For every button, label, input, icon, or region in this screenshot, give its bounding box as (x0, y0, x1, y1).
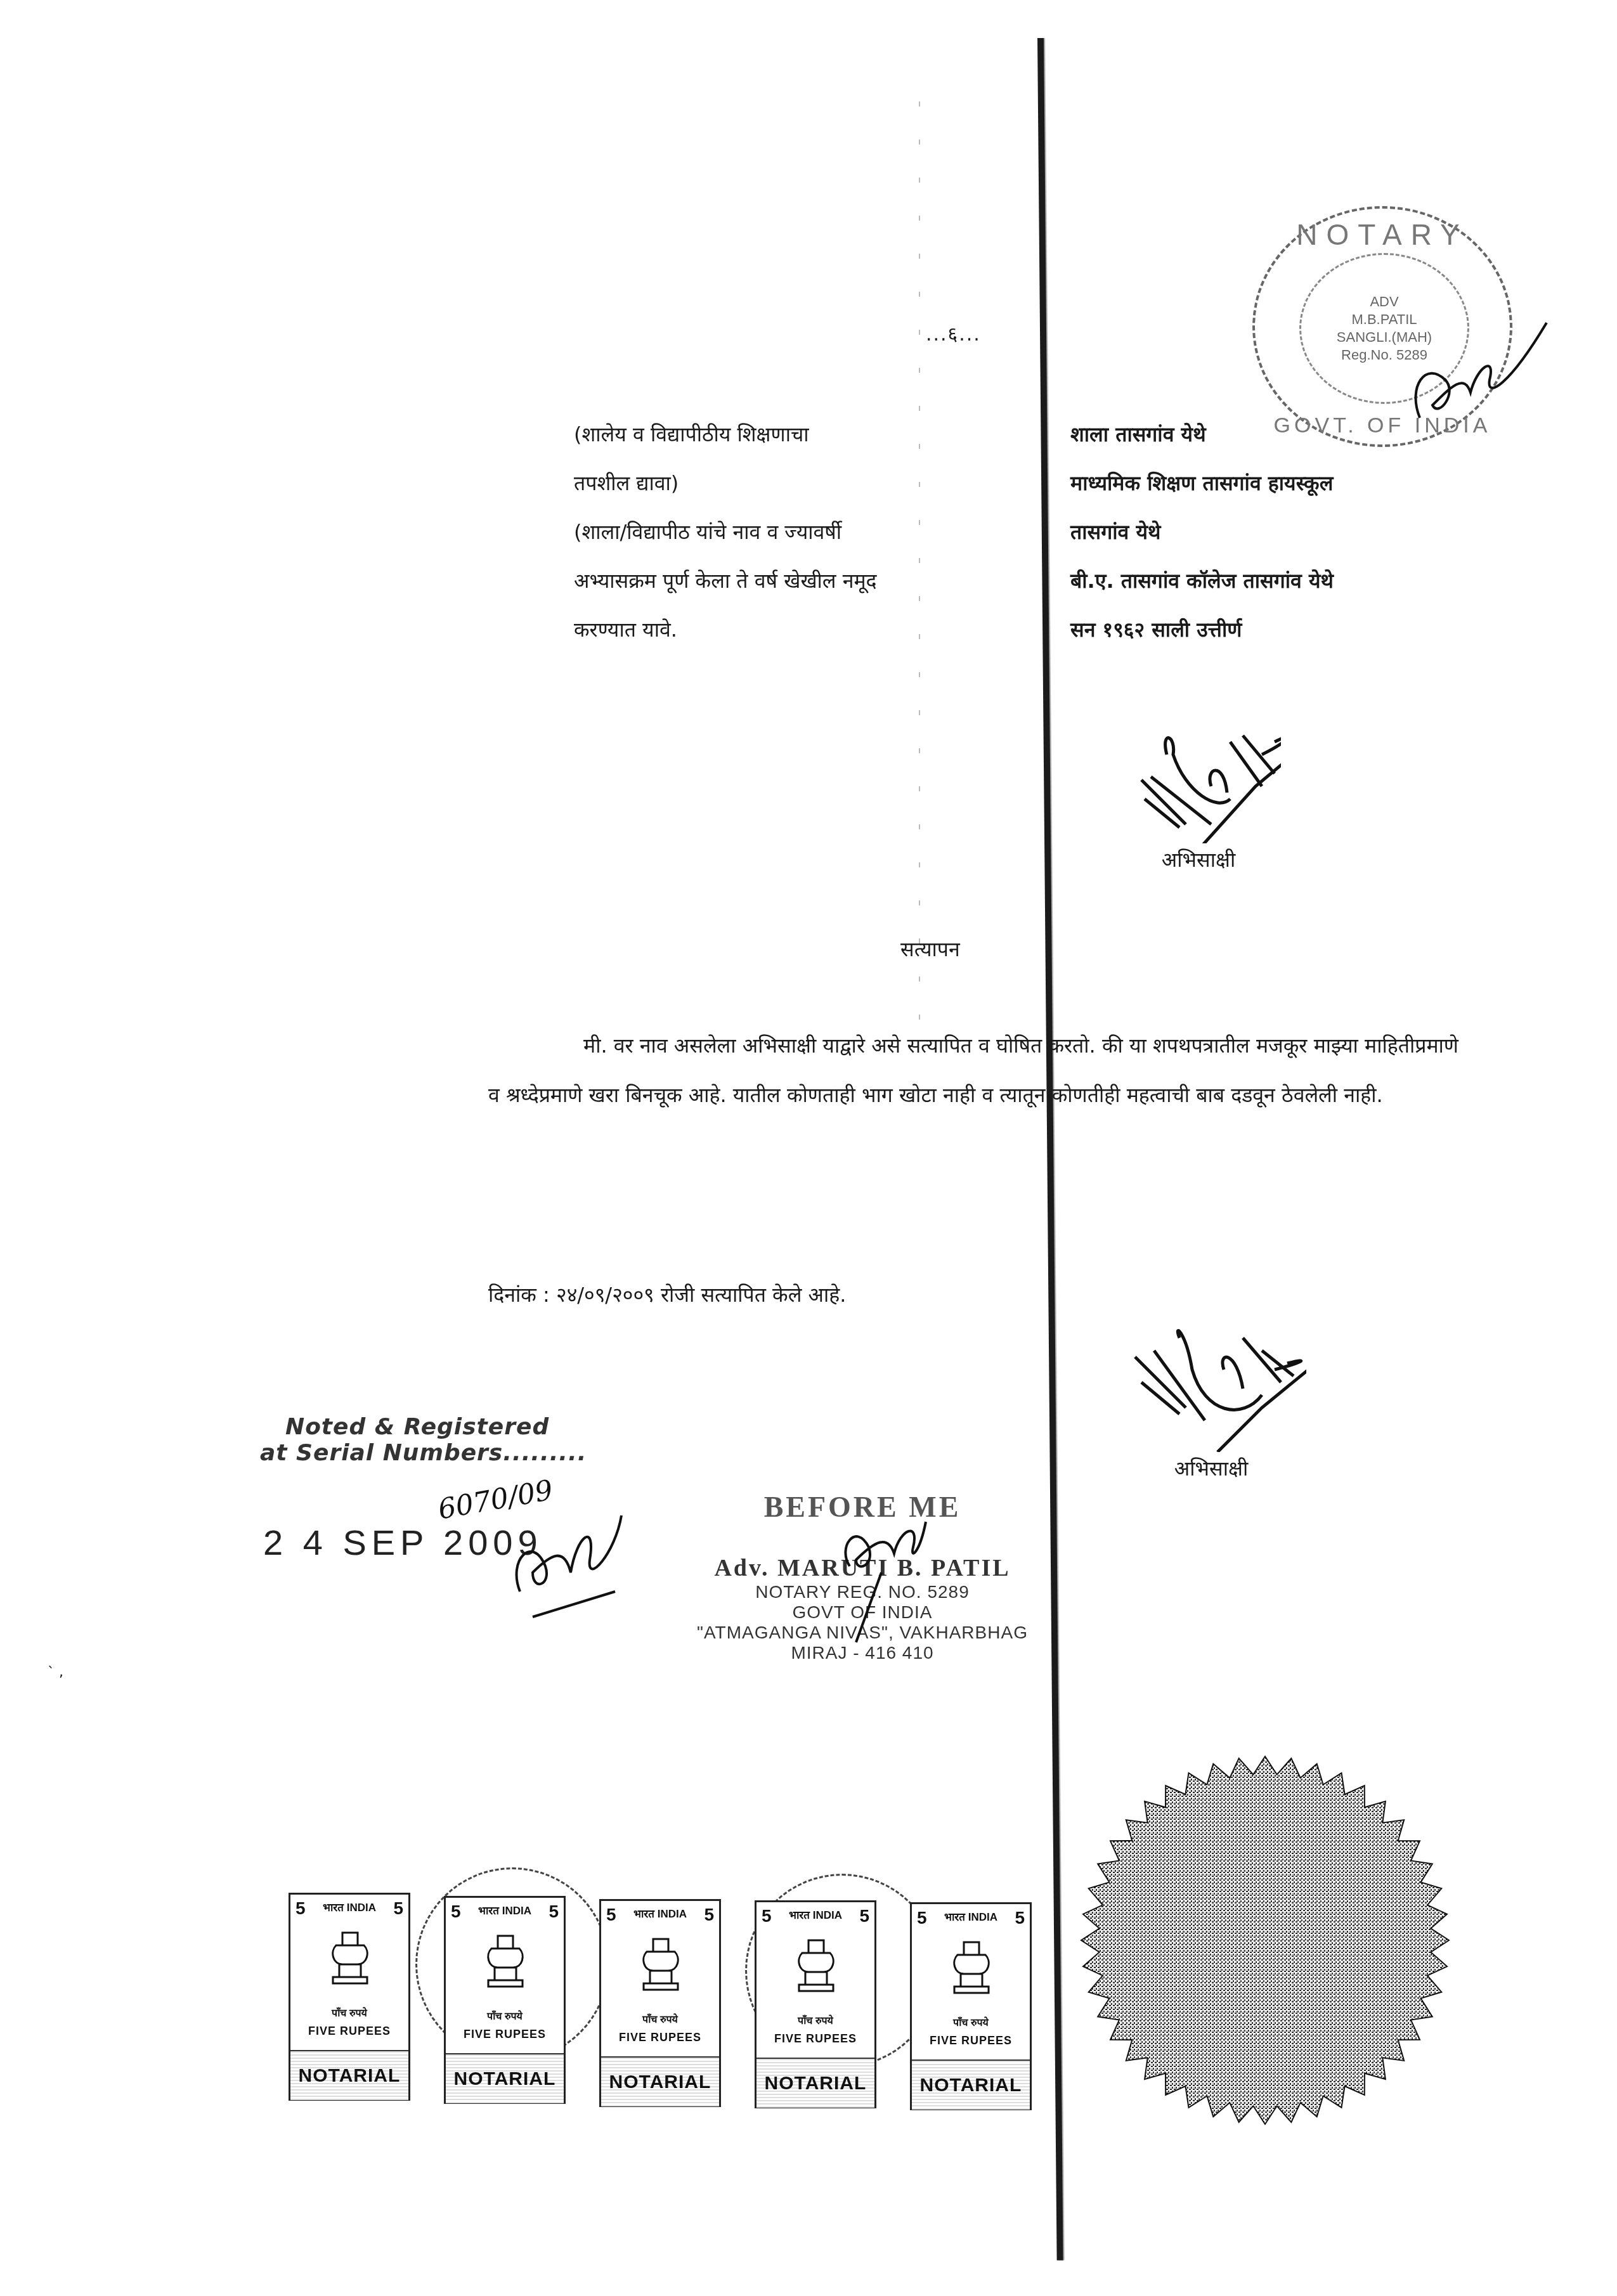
stamp-denomination: 5 (606, 1905, 616, 1925)
notarial-stamp: भारत INDIA 5 5 पाँच रुपये FIVE RUPEES NO… (289, 1893, 410, 2101)
stamp-denomination: 5 (917, 1908, 927, 1928)
stamp-denomination: 5 (1015, 1908, 1025, 1928)
stamp-type: NOTARIAL (446, 2054, 564, 2103)
stamp-value-english: FIVE RUPEES (601, 2031, 719, 2044)
stamp-country: भारत INDIA (446, 1903, 564, 1917)
ashoka-emblem-icon (479, 1933, 532, 2002)
signature-label: अभिसाक्षी (1116, 846, 1281, 873)
stamp-value-hindi: पाँच रुपये (757, 2013, 874, 2027)
education-details: शाला तासगांव येथे माध्यमिक शिक्षण तासगां… (1070, 415, 1502, 659)
instruction-line: (शालेय व विद्यापीठीय शिक्षणाचा (574, 415, 1030, 464)
deponent-signature-2: अभिसाक्षी (1116, 1325, 1306, 1482)
stamp-country: भारत INDIA (912, 1909, 1030, 1924)
verification-paragraph: मी. वर नाव असलेला अभिसाक्षी याद्वारे असे… (488, 1021, 1458, 1120)
verification-text: मी. वर नाव असलेला अभिसाक्षी याद्वारे असे… (488, 1034, 1458, 1107)
registrar-initials-signature (495, 1496, 640, 1623)
signature-scribble (1116, 1325, 1306, 1452)
notary-block: BEFORE ME Adv. MARUTI B. PATIL NOTARY RE… (685, 1490, 1040, 1663)
stamp-type: NOTARIAL (601, 2058, 719, 2106)
notarial-stamp: भारत INDIA 5 5 पाँच रुपये FIVE RUPEES NO… (444, 1896, 566, 2104)
instruction-line: अभ्यासक्रम पूर्ण केला ते वर्ष खेखील नमूद (574, 562, 1030, 611)
stamp-denomination: 5 (295, 1898, 306, 1919)
verification-title: सत्यापन (900, 935, 960, 963)
embossed-notary-seal (1075, 1750, 1455, 2131)
page-marker: ...६... (926, 320, 981, 346)
signature-scribble (1116, 717, 1281, 843)
scan-corner-marks: ` , (48, 1664, 63, 1680)
stamp-denomination: 5 (859, 1906, 869, 1926)
stamp-denomination: 5 (704, 1905, 714, 1925)
stamp-country: भारत INDIA (601, 1906, 719, 1921)
deponent-signature-1: अभिसाक्षी (1116, 717, 1281, 873)
stamp-denomination: 5 (451, 1902, 461, 1922)
stamp-value-hindi: पाँच रुपये (290, 2006, 408, 2020)
stamp-value-english: FIVE RUPEES (290, 2025, 408, 2038)
stamp-country: भारत INDIA (757, 1907, 874, 1922)
instruction-line: करण्यात यावे. (574, 611, 1030, 659)
education-line: सन १९६२ साली उत्तीर्ण (1070, 611, 1502, 659)
notarial-stamps-row: भारत INDIA 5 5 पाँच रुपये FIVE RUPEES NO… (289, 1893, 1049, 2096)
stamp-country: भारत INDIA (290, 1900, 408, 1914)
ashoka-emblem-icon (789, 1937, 843, 2007)
notary-signature (824, 1509, 951, 1649)
verification-date: दिनांक : २४/०९/२००९ रोजी सत्यापित केले आ… (488, 1281, 846, 1308)
education-line: तासगांव येथे (1070, 513, 1502, 562)
education-line: शाला तासगांव येथे (1070, 415, 1502, 464)
stamp-value-english: FIVE RUPEES (446, 2028, 564, 2041)
instruction-line: तपशील द्यावा) (574, 464, 1030, 513)
education-line: बी.ए. तासगांव कॉलेज तासगांव येथे (1070, 562, 1502, 611)
stamp-type: NOTARIAL (912, 2061, 1030, 2110)
signature-label: अभिसाक्षी (1116, 1455, 1306, 1482)
stamp-value-english: FIVE RUPEES (912, 2034, 1030, 2047)
seal-ring-top: NOTARY (1255, 217, 1510, 252)
stamp-value-hindi: पाँच रुपये (912, 2015, 1030, 2029)
ashoka-emblem-icon (634, 1936, 687, 2006)
stamp-type: NOTARIAL (757, 2059, 874, 2108)
registration-stamp: Noted & Registered at Serial Numbers....… (260, 1414, 587, 1466)
instruction-line: (शाला/विद्यापीठ यांचे नाव व ज्यावर्षी (574, 513, 1030, 562)
stamp-denomination: 5 (393, 1898, 403, 1919)
ashoka-emblem-icon (945, 1939, 998, 2009)
stamp-type: NOTARIAL (290, 2051, 408, 2100)
stamp-denomination: 5 (549, 1902, 559, 1922)
stamp-denomination: 5 (762, 1906, 772, 1926)
notarial-stamp: भारत INDIA 5 5 पाँच रुपये FIVE RUPEES NO… (910, 1902, 1032, 2110)
notarial-stamp: भारत INDIA 5 5 पाँच रुपये FIVE RUPEES NO… (599, 1899, 721, 2107)
registration-line-1: Noted & Registered (260, 1414, 587, 1440)
education-instructions: (शालेय व विद्यापीठीय शिक्षणाचा तपशील द्य… (574, 415, 1030, 659)
notary-round-seal: NOTARY ADV M.B.PATIL SANGLI.(MAH) Reg.No… (1252, 206, 1512, 447)
ashoka-emblem-icon (323, 1930, 377, 1999)
notarial-stamp: भारत INDIA 5 5 पाँच रुपये FIVE RUPEES NO… (755, 1900, 876, 2108)
registration-line-2: at Serial Numbers......... (260, 1440, 587, 1466)
stamp-value-hindi: पाँच रुपये (446, 2009, 564, 2023)
seal-center-line: ADV (1370, 293, 1398, 311)
education-line: माध्यमिक शिक्षण तासगांव हायस्कूल (1070, 464, 1502, 513)
stamp-value-hindi: पाँच रुपये (601, 2012, 719, 2026)
stamp-value-english: FIVE RUPEES (757, 2032, 874, 2046)
